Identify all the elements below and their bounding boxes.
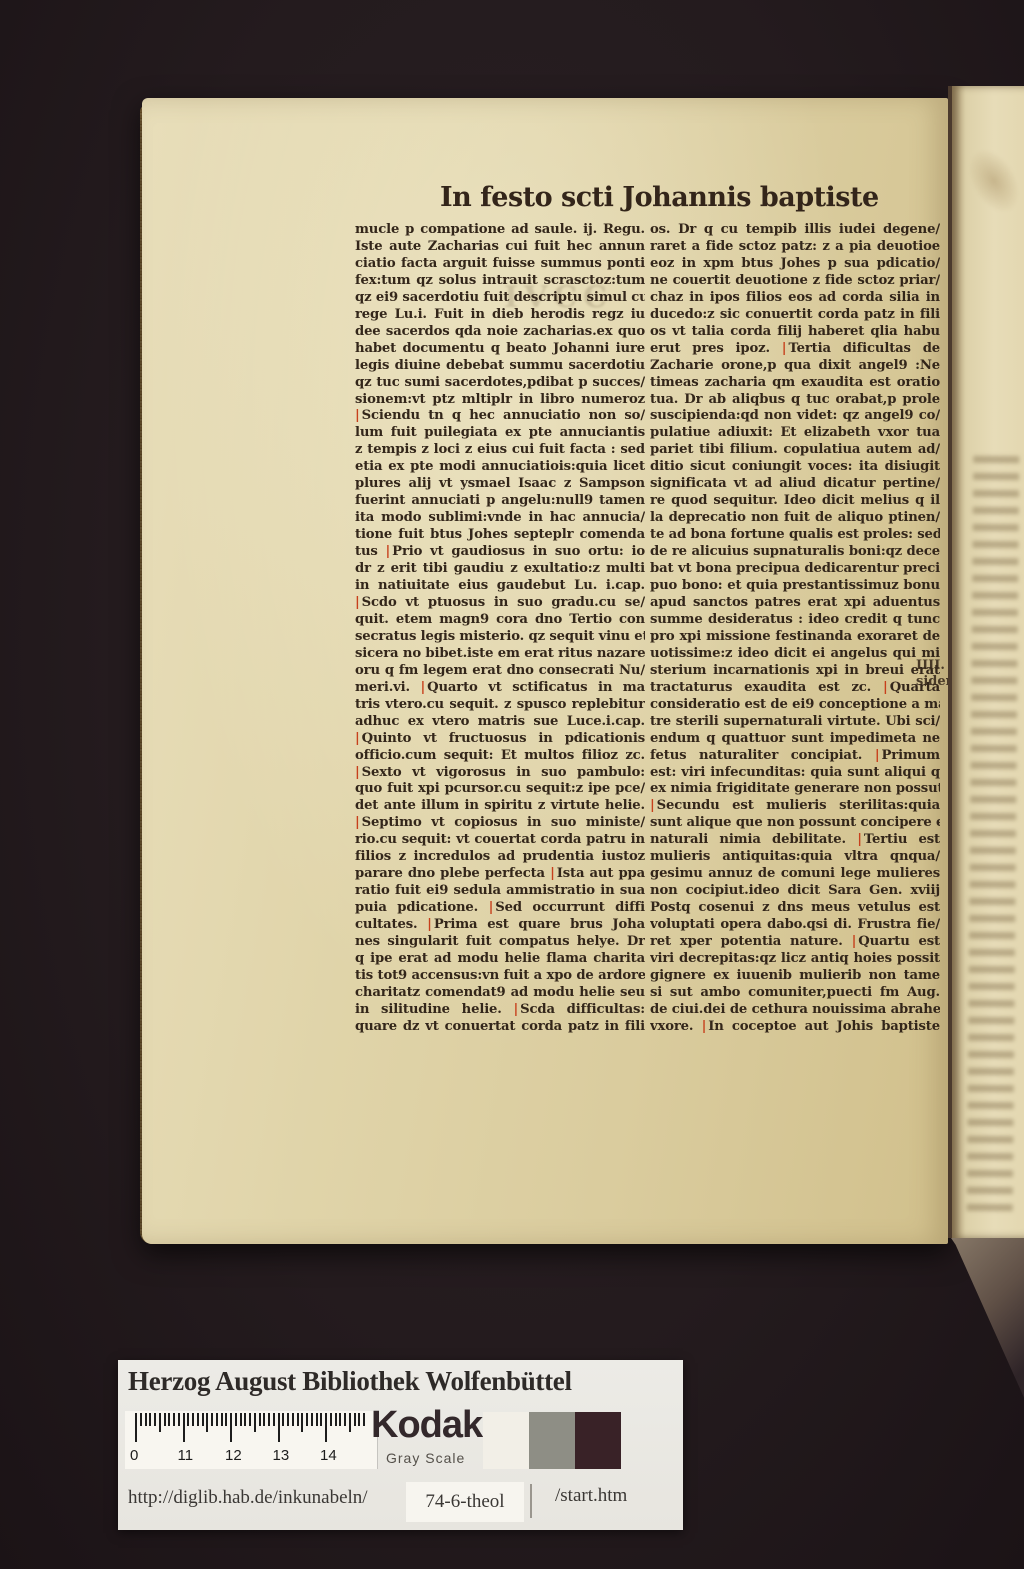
- rubric-mark: |: [702, 1019, 709, 1034]
- library-url: http://diglib.hab.de/inkunabeln/: [128, 1487, 368, 1509]
- text-line: |Sexto vt vigorosus in suo pambulo:: [355, 765, 645, 782]
- text-line: tus |Prio vt gaudiosus in suo ortu: io: [355, 544, 645, 561]
- ruler-number: 0: [130, 1447, 138, 1464]
- ruler-tick: [316, 1413, 318, 1426]
- text-line: Iste aute Zacharias cui fuit hec annun: [355, 239, 645, 256]
- text-line: os vt talia corda filij haberet qlia hab…: [650, 324, 940, 341]
- text-line: adhuc ex vtero matris sue Luce.i.cap.: [355, 714, 645, 731]
- text-line: secratus legis misterio. qz sequit vinu …: [355, 629, 645, 646]
- text-line: raret a fide sctoz patz: z a pia deuotio…: [650, 239, 940, 256]
- rubric-mark: |: [852, 934, 859, 949]
- text-line: |Sciendu tn q hec annuciatio non so/: [355, 408, 645, 425]
- text-line: ret xper potentia nature. |Quartu est: [650, 934, 940, 951]
- ruler-tick: [278, 1413, 280, 1442]
- ruler-tick: [225, 1413, 227, 1426]
- ruler-number: 13: [273, 1447, 290, 1464]
- shelfmark-box: 74-6-theol: [406, 1482, 524, 1522]
- text-line: sicera no bibet.iste em erat ritus nazar…: [355, 646, 645, 663]
- blurred-page-text: [967, 456, 1020, 1216]
- marginal-note-line: IIII.: [916, 658, 952, 674]
- institution-name: Herzog August Bibliothek Wolfenbüttel: [128, 1366, 673, 1397]
- text-line: legis diuine debebat summu sacerdotiu: [355, 358, 645, 375]
- ruler-tick: [330, 1413, 332, 1426]
- rubric-mark: |: [650, 798, 657, 813]
- text-line: sterium incarnationis xpi in breui erat: [650, 663, 940, 680]
- facing-page-edge: [948, 86, 1024, 1238]
- ruler-tick: [164, 1413, 166, 1426]
- text-line: tis tot9 accensus:vn fuit a xpo de ardor…: [355, 968, 645, 985]
- library-label: Herzog August Bibliothek Wolfenbüttel 01…: [118, 1360, 683, 1530]
- ruler-number: 11: [178, 1447, 194, 1464]
- text-line: gignere ex iuuenib mulierib non tame: [650, 968, 940, 985]
- rubric-mark: |: [355, 731, 362, 746]
- text-line: mulieris antiquitas:quia vltra qnqua/: [650, 849, 940, 866]
- gray-scale-patch: [529, 1412, 575, 1469]
- ruler-tick: [244, 1413, 246, 1426]
- ruler-tick: [202, 1413, 204, 1426]
- ruler-tick: [145, 1413, 147, 1426]
- ruler-tick: [320, 1413, 322, 1426]
- text-line: te ad bona fortune qualis est proles: se…: [650, 527, 940, 544]
- text-line: quit. etem magn9 cora dno Tertio con: [355, 612, 645, 629]
- text-line: ciatio facta arguit fuisse summus ponti: [355, 256, 645, 273]
- text-line: filios z incredulos ad prudentia iustoz: [355, 849, 645, 866]
- text-line: ducedo:z sic conuertit corda patz in fil…: [650, 307, 940, 324]
- text-line: os. Dr q cu tempib illis iudei degene/: [650, 222, 940, 239]
- text-line: etia ex pte modi annuciatiois:quia licet: [355, 459, 645, 476]
- rubric-mark: |: [355, 815, 362, 830]
- text-line: chaz in ipos filios eos ad corda silia i…: [650, 290, 940, 307]
- text-line: lum fuit puilegiata ex pte annuciantis: [355, 425, 645, 442]
- rubric-mark: |: [782, 341, 789, 356]
- ruler-tick: [168, 1413, 170, 1426]
- rubric-mark: |: [857, 832, 864, 847]
- text-line: meri.vi. |Quarto vt sctificatus in ma: [355, 680, 645, 697]
- ruler-tick: [268, 1413, 270, 1426]
- text-line: |Septimo vt copiosus in suo ministe/: [355, 815, 645, 832]
- text-line: |Scdo vt ptuosus in suo gradu.cu se/: [355, 595, 645, 612]
- ruler-tick: [292, 1413, 294, 1426]
- ruler-tick: [235, 1413, 237, 1426]
- text-line: qz tuc sumi sacerdotes,pdibat p succes/: [355, 375, 645, 392]
- text-line: puo bono: et quia prestantissimuz bonu: [650, 578, 940, 595]
- text-line: fuerint annuciati p angelu:null9 tamen: [355, 493, 645, 510]
- rubric-mark: |: [355, 595, 362, 610]
- ruler-tick: [335, 1413, 337, 1426]
- text-line: de re alicuius supnaturalis boni:qz dece: [650, 544, 940, 561]
- ruler-tick: [216, 1413, 218, 1426]
- ruler-tick: [149, 1413, 151, 1426]
- text-line: charitatz comendat9 ad modu helie seu: [355, 985, 645, 1002]
- text-line: apud sanctos patres erat xpi aduentus: [650, 595, 940, 612]
- ruler-tick: [259, 1413, 261, 1426]
- ruler-tick: [240, 1413, 242, 1426]
- ruler-tick: [349, 1413, 351, 1432]
- rubric-mark: |: [489, 900, 496, 915]
- ruler-tick: [211, 1413, 213, 1426]
- facing-page-corner: [948, 1238, 1024, 1406]
- text-line: timeas zacharia qm exaudita est oratio: [650, 375, 940, 392]
- text-line: quare dz vt conuertat corda patz in fili: [355, 1019, 645, 1036]
- ruler-tick: [254, 1413, 256, 1432]
- ruler-tick: [249, 1413, 251, 1426]
- text-line: cultates. |Prima est quare brus Joha: [355, 917, 645, 934]
- ruler-tick: [339, 1413, 341, 1426]
- rubric-mark: |: [420, 680, 427, 695]
- ruler-tick: [183, 1413, 185, 1442]
- text-line: viri decrepitas:qz licz antiq hoies poss…: [650, 951, 940, 968]
- text-line: dr z erit tibi gaudiu z exultatio:z mult…: [355, 561, 645, 578]
- text-line: de ciui.dei de cethura nouissima abrahe: [650, 1002, 940, 1019]
- ruler-tick: [287, 1413, 289, 1426]
- ruler-tick: [363, 1413, 365, 1426]
- ruler-tick: [187, 1413, 189, 1426]
- rubric-mark: |: [386, 544, 393, 559]
- text-line: summe desideratus : ideo credit q tunc: [650, 612, 940, 629]
- ruler-number: 14: [320, 1447, 337, 1464]
- text-line: ratio fuit ei9 sedula ammistratio in sua: [355, 883, 645, 900]
- text-line: parare dno plebe perfecta |Ista aut ppa: [355, 866, 645, 883]
- text-line: consideratio est de ei9 conceptione a ma: [650, 697, 940, 714]
- text-line: Postq cosenui z dns meus vetulus est: [650, 900, 940, 917]
- text-line: |Secundu est mulieris sterilitas:quia: [650, 798, 940, 815]
- text-line: eoz in xpm btus Johes p sua pdicatio/: [650, 256, 940, 273]
- rubric-mark: |: [427, 917, 434, 932]
- text-line: significata vt ad aliud dicatur pertine/: [650, 476, 940, 493]
- ruler-tick: [263, 1413, 265, 1426]
- ruler-tick: [297, 1413, 299, 1426]
- rubric-mark: |: [355, 408, 362, 423]
- text-line: tua. Dr ab aliqbus q tuc orabat,p prole: [650, 392, 940, 409]
- ruler-tick: [311, 1413, 313, 1426]
- ruler-tick: [206, 1413, 208, 1432]
- text-line: re quod sequitur. Ideo dicit melius q il: [650, 493, 940, 510]
- text-line: erut pres ipoz. |Tertia dificultas de: [650, 341, 940, 358]
- ruler-tick: [192, 1413, 194, 1426]
- ruler-tick: [154, 1413, 156, 1426]
- text-line: ne couertit deuotione z fide sctoz priar…: [650, 273, 940, 290]
- text-line: sunt alique que non possunt concipere ex: [650, 815, 940, 832]
- text-line: q ipe erat ad modu helie flama charita: [355, 951, 645, 968]
- text-line: in natiuitate eius gaudebut Lu. i.cap.: [355, 578, 645, 595]
- text-line: tris vtero.cu sequit. z spusco replebitu…: [355, 697, 645, 714]
- ruler-tick: [344, 1413, 346, 1426]
- ruler-tick: [178, 1413, 180, 1426]
- gray-scale-patch: [483, 1412, 529, 1469]
- text-line: bat vt bona precipua dedicarentur preci: [650, 561, 940, 578]
- text-line: fex:tum qz solus intrauit scrasctoz:tum: [355, 273, 645, 290]
- text-line: voluptati opera dabo.qsi di. Frustra fie…: [650, 917, 940, 934]
- text-line: mucle p compatione ad saule. ij. Regu.: [355, 222, 645, 239]
- ruler-tick: [282, 1413, 284, 1426]
- text-line: ex nimia frigiditate generare non possut: [650, 781, 940, 798]
- rubric-mark: |: [875, 748, 882, 763]
- text-line: suscipienda:qd non videt: qz angel9 co/: [650, 408, 940, 425]
- rubric-mark: |: [883, 680, 890, 695]
- text-line: sionem:vt ptz mltiplr in libro numeroz: [355, 392, 645, 409]
- kodak-wordmark: Kodak: [371, 1404, 482, 1447]
- gray-scale-caption: Gray Scale: [386, 1450, 465, 1466]
- text-line: la deprecatio non fuit de aliquo ptinen/: [650, 510, 940, 527]
- ruler-tick: [173, 1413, 175, 1426]
- text-line: pro xpi missione festinanda exoraret de: [650, 629, 940, 646]
- text-line: z tempis z loci z eius cui fuit facta : …: [355, 442, 645, 459]
- text-line: habet documentu q beato Johanni iure: [355, 341, 645, 358]
- text-line: pulatiue adiuxit: Et elizabeth vxor tua: [650, 425, 940, 442]
- text-line: non cocipiut.ideo dicit Sara Gen. xviij: [650, 883, 940, 900]
- ruler-tick: [354, 1413, 356, 1426]
- text-line: gesimu annuz de comuni lege mulieres: [650, 866, 940, 883]
- text-line: tione fuit btus Johes septeplr comenda: [355, 527, 645, 544]
- text-line: ditio sicut coniungit voces: ita disiugi…: [650, 459, 940, 476]
- ruler-tick: [358, 1413, 360, 1426]
- text-line: uotissime:z ideo dicit ei angelus qui mi: [650, 646, 940, 663]
- gray-scale-patch: [575, 1412, 621, 1469]
- text-line: officio.cum sequit: Et multos filioz zc.: [355, 748, 645, 765]
- text-line: est: viri infecunditas: quia sunt aliqui…: [650, 765, 940, 782]
- ruler-number: 12: [225, 1447, 242, 1464]
- text-line: plures alij vt ysmael Isaac z Sampson: [355, 476, 645, 493]
- text-line: tractaturus exaudita est zc. |Quarta: [650, 680, 940, 697]
- text-line: tre sterili supernaturali virtute. Ubi s…: [650, 714, 940, 731]
- shelfmark: 74-6-theol: [425, 1491, 504, 1513]
- ruler-tick: [159, 1413, 161, 1432]
- start-page-path: /start.htm: [555, 1485, 627, 1507]
- text-line: si sut ambo comuniter,puecti fm Aug.: [650, 985, 940, 1002]
- text-column-left: mucle p compatione ad saule. ij. Regu.Is…: [355, 222, 645, 1036]
- text-line: ita modo sublimi:vnde in hac annucia/: [355, 510, 645, 527]
- text-line: Zacharie orone,p qua dixit angel9 :Ne: [650, 358, 940, 375]
- rubric-mark: |: [355, 765, 362, 780]
- text-line: qz ei9 sacerdotiu fuit descriptu simul c…: [355, 290, 645, 307]
- text-line: naturali nimia debilitate. |Tertiu est: [650, 832, 940, 849]
- text-line: vxore. |In coceptoe aut Johis baptiste: [650, 1019, 940, 1036]
- ruler-tick: [135, 1413, 137, 1442]
- text-line: rege Lu.i. Fuit in dieb herodis regz iu: [355, 307, 645, 324]
- text-line: nes singularit fuit compatus helye. Dr: [355, 934, 645, 951]
- text-line: quo fuit xpi pcursor.cu sequit:z ipe pce…: [355, 781, 645, 798]
- ruler-tick: [140, 1413, 142, 1426]
- rubric-mark: |: [550, 866, 557, 881]
- text-line: det ante illum in spiritu z virtute heli…: [355, 798, 645, 815]
- ruler: 011121314: [125, 1411, 377, 1469]
- marginal-note: IIII. sider: [916, 658, 952, 690]
- ruler-tick: [273, 1413, 275, 1426]
- text-line: rio.cu sequit: vt couertat corda patru i…: [355, 832, 645, 849]
- photo-stage: IVCC In festo scti Johannis baptiste muc…: [0, 0, 1024, 1569]
- ruler-tick: [197, 1413, 199, 1426]
- text-line: |Quinto vt fructuosus in pdicationis: [355, 731, 645, 748]
- ruler-tick: [325, 1413, 327, 1442]
- rubric-mark: |: [514, 1002, 521, 1017]
- ink-smudge: [957, 140, 1024, 223]
- page-heading: In festo scti Johannis baptiste: [440, 182, 870, 213]
- ruler-tick: [221, 1413, 223, 1426]
- ruler-tick: [301, 1413, 303, 1432]
- text-line: in silitudine helie. |Scda difficultas:: [355, 1002, 645, 1019]
- text-line: pariet tibi filium. copulatiua autem ad/: [650, 442, 940, 459]
- marginal-note-line: sider: [916, 674, 952, 690]
- text-line: puia pdicatione. |Sed occurrunt diffi: [355, 900, 645, 917]
- text-line: fetus naturaliter concipiat. |Primum: [650, 748, 940, 765]
- text-line: endum q quattuor sunt impedimeta ne: [650, 731, 940, 748]
- ruler-tick: [306, 1413, 308, 1426]
- text-line: dee sacerdos qda noie zacharias.ex quo: [355, 324, 645, 341]
- text-line: oru q fm legem erat dno consecrati Nu/: [355, 663, 645, 680]
- text-column-right: os. Dr q cu tempib illis iudei degene/ra…: [650, 222, 940, 1036]
- ruler-tick: [230, 1413, 232, 1442]
